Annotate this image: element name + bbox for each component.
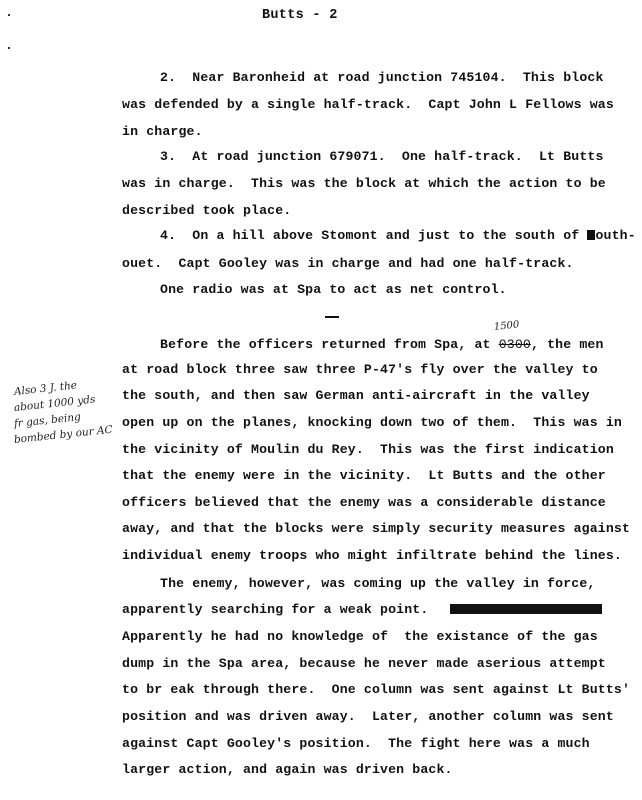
page-header: Butts - 2 [262,8,338,23]
text-segment: apparently searching for a weak point. [122,602,428,617]
text-line: 3. At road junction 679071. One half-tra… [160,149,604,164]
text-line: larger action, and again was driven back… [122,762,453,777]
text-line: open up on the planes, knocking down two… [122,415,622,430]
handwritten-correction: 1500 [493,319,519,333]
text-line: individual enemy troops who might infilt… [122,548,622,563]
text-line: officers believed that the enemy was a c… [122,495,606,510]
text-line: One radio was at Spa to act as net contr… [160,282,507,297]
text-line: the south, and then saw German anti-airc… [122,388,590,403]
text-line: that the enemy were in the vicinity. Lt … [122,468,606,483]
text-line: described took place. [122,203,291,218]
text-line: away, and that the blocks were simply se… [122,521,630,536]
text-line: against Capt Gooley's position. The figh… [122,736,590,751]
scan-speck [8,47,10,49]
struck-time: 0300 [499,337,531,352]
text-line: the vicinity of Moulin du Rey. This was … [122,442,614,457]
text-line: 4. On a hill above Stomont and just to t… [160,228,636,243]
text-segment: Mouth- [587,228,635,243]
text-line: The enemy, however, was coming up the va… [160,576,595,591]
text-line: 2. Near Baronheid at road junction 74510… [160,70,604,85]
margin-note-line: Also 3 J. the [13,379,77,398]
text-segment: , the men [531,337,604,352]
text-line: position and was driven away. Later, ano… [122,709,614,724]
text-line: Before the officers returned from Spa, a… [160,337,604,352]
text-line: Apparently he had no knowledge of the ex… [122,629,598,644]
redacted-text [450,604,602,614]
text-line: ouet. Capt Gooley was in charge and had … [122,256,574,271]
text-segment: 4. On a hill above Stomont and just to t… [160,228,587,243]
scan-speck [8,14,10,16]
text-segment: Before the officers returned from Spa, a… [160,337,499,352]
text-line: to br eak through there. One column was … [122,682,630,697]
text-line: dump in the Spa area, because he never m… [122,656,606,671]
text-line: apparently searching for a weak point. [122,602,602,617]
section-divider [325,316,339,318]
text-line: was in charge. This was the block at whi… [122,176,606,191]
text-line: in charge. [122,124,203,139]
text-line: was defended by a single half-track. Cap… [122,97,614,112]
text-line: at road block three saw three P-47's fly… [122,362,598,377]
document-page: Butts - 2 2. Near Baronheid at road junc… [0,0,642,800]
